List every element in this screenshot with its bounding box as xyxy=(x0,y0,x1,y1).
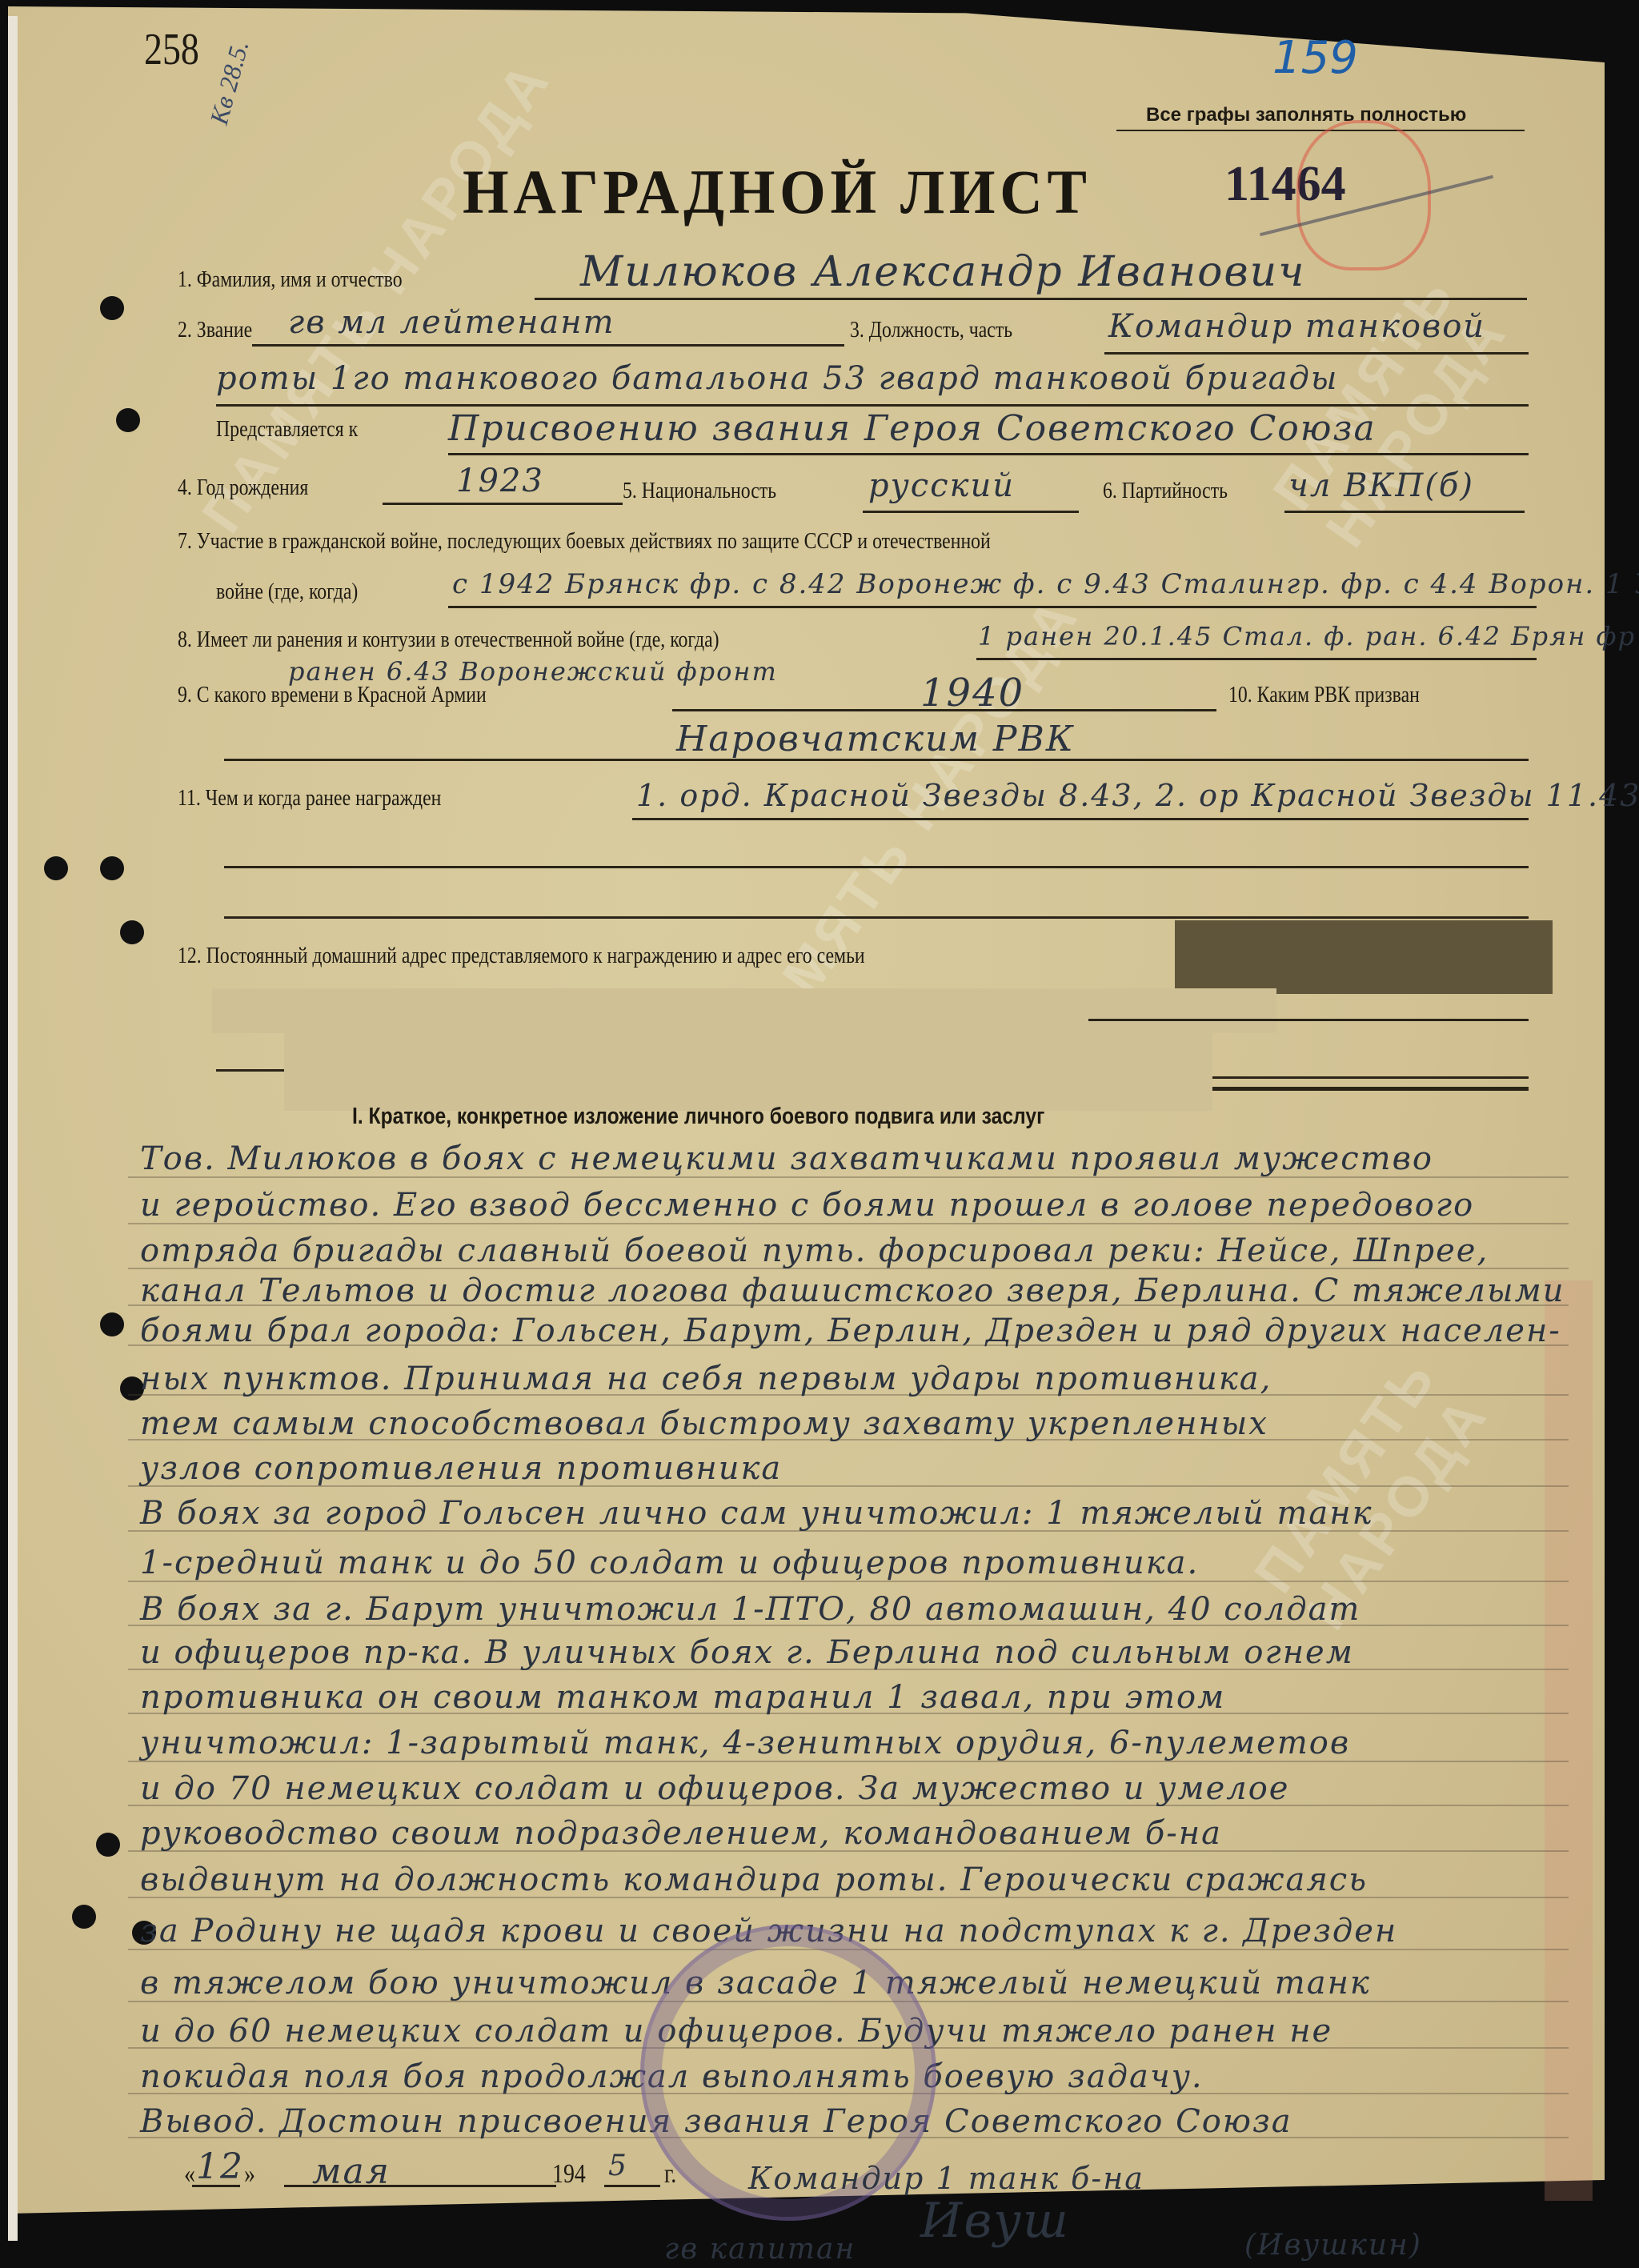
punch-hole xyxy=(72,1905,96,1929)
date-year-prefix: 194 xyxy=(552,2159,586,2190)
field-value-war-participation: с 1942 Брянск фр. с 8.42 Воронеж ф. с 9.… xyxy=(452,568,1639,600)
field-line xyxy=(1088,1019,1529,1021)
scan-edge xyxy=(8,16,18,2241)
date-year-unit: г. xyxy=(664,2159,676,2190)
field-line xyxy=(604,2185,660,2187)
field-value-rank: гв мл лейтенант xyxy=(288,304,615,341)
narrative-line: противника он своим танком таранил 1 зав… xyxy=(140,1679,1225,1716)
field-line xyxy=(632,818,1529,820)
field-value-unit: роты 1го танкового батальона 53 гвард та… xyxy=(216,360,1338,397)
narrative-line: боями брал города: Гольсен, Барут, Берли… xyxy=(140,1312,1561,1349)
narrative-line: уничтожил: 1-зарытый танк, 4-зенитных ор… xyxy=(140,1725,1350,1761)
page-title: НАГРАДНОЙ ЛИСТ xyxy=(463,156,1092,228)
page-number: 258 xyxy=(144,24,199,75)
date-day: 12 xyxy=(196,2146,244,2187)
field-value-name: Милюков Александр Иванович xyxy=(580,248,1306,296)
field-line xyxy=(448,453,1529,455)
rule xyxy=(1116,130,1525,131)
field-value-presented: Присвоению звания Героя Советского Союза xyxy=(448,408,1377,449)
field-line xyxy=(252,344,844,347)
narrative-line: тем самым способствовал быстрому захвату… xyxy=(140,1405,1268,1442)
field-label-wounds: 8. Имеет ли ранения и контузии в отечест… xyxy=(178,627,719,653)
field-value-party: чл ВКП(б) xyxy=(1288,467,1474,504)
signer-title: Командир 1 танк б-на xyxy=(748,2161,1144,2196)
narrative-line: канал Тельтов и достиг логова фашистског… xyxy=(140,1272,1565,1309)
field-value-nationality: русский xyxy=(868,467,1015,504)
field-label-previous-awards: 11. Чем и когда ранее награжден xyxy=(178,785,441,811)
field-line xyxy=(224,866,1529,868)
narrative-line: и офицеров пр-ка. В уличных боях г. Берл… xyxy=(140,1634,1354,1671)
redacted-address-line xyxy=(284,1032,1212,1111)
narrative-line: 1-средний танк и до 50 солдат и офицеров… xyxy=(140,1545,1199,1581)
field-label-birth-year: 4. Год рождения xyxy=(178,475,308,501)
signer-name: (Ивушкин) xyxy=(1244,2229,1422,2262)
punch-hole xyxy=(100,1312,124,1336)
narrative-line: отряда бригады славный боевой путь. форс… xyxy=(140,1232,1489,1269)
redacted-address-line xyxy=(212,988,1276,1033)
field-label-position: 3. Должность, часть xyxy=(850,317,1012,343)
field-value-wounds: 1 ранен 20.1.45 Стал. ф. ран. 6.42 Брян … xyxy=(978,621,1636,651)
narrative-line: и до 70 немецких солдат и офицеров. За м… xyxy=(140,1770,1289,1807)
field-line xyxy=(1212,1076,1529,1079)
signer-rank: гв капитан xyxy=(664,2233,856,2266)
field-line xyxy=(1284,511,1525,513)
punch-hole xyxy=(116,408,140,432)
signature: Ивуш xyxy=(920,2193,1070,2249)
redacted-address xyxy=(1271,984,1553,994)
instruction-text: Все графы заполнять полностью xyxy=(1146,104,1466,126)
punch-hole xyxy=(100,856,124,880)
field-line xyxy=(216,1069,284,1072)
narrative-line: В боях за г. Барут уничтожил 1-ПТО, 80 а… xyxy=(140,1591,1360,1628)
field-label-rank: 2. Звание xyxy=(178,317,252,343)
narrative-line: В боях за город Гольсен лично сам уничто… xyxy=(140,1495,1373,1532)
field-label-war-participation-2: войне (где, когда) xyxy=(216,579,358,605)
field-label-presented: Представляется к xyxy=(216,416,358,443)
punch-hole xyxy=(100,296,124,320)
field-value-position: Командир танковой xyxy=(1108,308,1485,345)
archive-number: 159 xyxy=(1272,32,1358,84)
field-value-army-since: 1940 xyxy=(920,671,1024,715)
field-line xyxy=(1104,352,1529,355)
field-label-war-participation: 7. Участие в гражданской войне, последую… xyxy=(178,528,991,555)
field-line xyxy=(192,2185,240,2187)
narrative-line: руководство своим подразделением, команд… xyxy=(140,1815,1222,1852)
section-heading: I. Краткое, конкретное изложение личного… xyxy=(352,1104,1044,1130)
date-year-suffix: 5 xyxy=(608,2150,628,2182)
punch-hole xyxy=(120,920,144,944)
field-label-party: 6. Партийность xyxy=(1103,478,1228,504)
field-label-address: 12. Постоянный домашний адрес представля… xyxy=(178,943,865,969)
narrative-line: ных пунктов. Принимая на себя первым уда… xyxy=(140,1360,1272,1397)
field-value-birth-year: 1923 xyxy=(456,463,544,499)
narrative-line: выдвинут на должность командира роты. Ге… xyxy=(140,1861,1368,1898)
field-line xyxy=(976,658,1537,660)
field-label-army-since: 9. С какого времени в Красной Армии xyxy=(178,682,487,708)
field-line xyxy=(284,2185,556,2187)
field-label-nationality: 5. Национальность xyxy=(623,478,776,504)
field-line xyxy=(216,404,1529,407)
punch-hole xyxy=(44,856,68,880)
redacted-address xyxy=(1175,920,1553,991)
punch-hole xyxy=(96,1833,120,1857)
field-line xyxy=(224,916,1529,919)
field-line xyxy=(1212,1087,1529,1091)
field-label-rvk: 10. Каким РВК призван xyxy=(1228,682,1420,708)
field-line xyxy=(863,511,1079,513)
narrative-line: и геройство. Его взвод бессменно с боями… xyxy=(140,1187,1474,1224)
field-value-previous-awards: 1. орд. Красной Звезды 8.43, 2. ор Красн… xyxy=(636,778,1639,813)
paper-stain xyxy=(1545,1280,1593,2201)
field-line xyxy=(448,606,1537,608)
field-value-rvk: Наровчатским РВК xyxy=(676,719,1075,759)
field-line xyxy=(535,298,1527,300)
narrative-line: Тов. Милюков в боях с немецкими захватчи… xyxy=(140,1140,1433,1177)
field-label-name: 1. Фамилия, имя и отчество xyxy=(178,266,403,293)
narrative-line: узлов сопротивления противника xyxy=(140,1450,782,1487)
field-line xyxy=(383,503,623,505)
